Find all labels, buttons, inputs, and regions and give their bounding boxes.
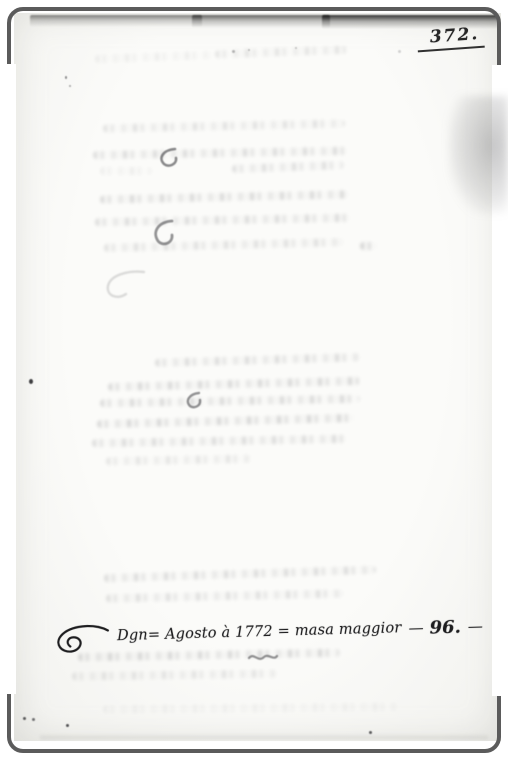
- frame-gap-left: [4, 64, 16, 694]
- scan-frame-border: [7, 7, 501, 753]
- manuscript-page-scan: 372. Dgn= Agosto à 1772 = m: [0, 0, 508, 760]
- scan-smudge: [448, 96, 508, 214]
